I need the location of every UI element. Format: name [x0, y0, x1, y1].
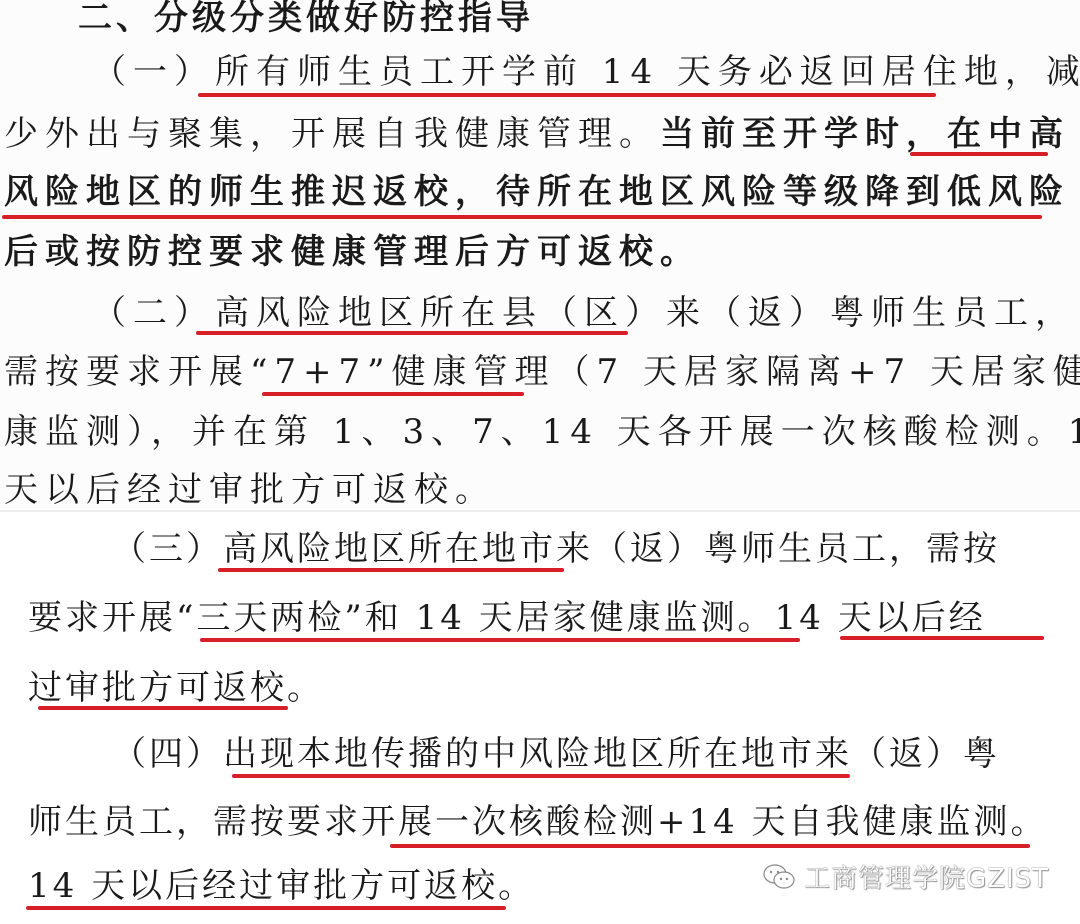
para-2-line-1: （二）高风险地区所在县（区）来（返）粤师生员工，	[92, 293, 1076, 333]
underline	[26, 906, 506, 910]
wechat-icon	[762, 862, 796, 892]
para-3-line-1: （三）高风险地区所在地市来（返）粤师生员工，需按	[112, 529, 1000, 569]
underline	[262, 392, 524, 396]
underline	[196, 331, 628, 335]
para-1-text: 少外出与聚集，开展自我健康管理。	[4, 114, 660, 154]
para-1-line-3: 风险地区的师生推迟返校，待所在地区风险等级降到低风险	[4, 172, 1070, 212]
underline	[218, 568, 564, 572]
para-4-line-2: 师生员工，需按要求开展一次核酸检测+14 天自我健康监测。	[28, 802, 1048, 842]
underline	[232, 774, 850, 778]
para-4-line-3: 14 天以后经过审批方可返校。	[28, 866, 535, 906]
section-heading: 二、分级分类做好防控指导	[78, 0, 534, 38]
underline	[390, 844, 1030, 848]
para-2-line-4: 天以后经过审批方可返校。	[4, 470, 496, 510]
watermark-text: 工商管理学院GZIST	[804, 858, 1049, 895]
para-3-line-2: 要求开展“三天两检”和 14 天居家健康监测。14 天以后经	[28, 598, 986, 638]
para-4-line-1: （四）出现本地传播的中风险地区所在地市来（返）粤	[112, 734, 1000, 774]
para-1-line-4: 后或按防控要求健康管理后方可返校。	[4, 232, 701, 272]
para-1-bold-text: 当前至开学时，在中高	[660, 114, 1070, 154]
para-2-line-3: 康监测），并在第 1、3、7、14 天各开展一次核酸检测。14	[4, 412, 1080, 452]
underline	[2, 215, 1042, 219]
underline	[38, 706, 288, 710]
underline	[840, 636, 1044, 640]
para-2-line-2: 需按要求开展“7+7”健康管理（7 天居家隔离+7 天居家健	[4, 352, 1080, 392]
para-1-line-1: （一）所有师生员工开学前 14 天务必返回居住地，减	[92, 52, 1080, 92]
document-scan-top: 二、分级分类做好防控指导 （一）所有师生员工开学前 14 天务必返回居住地，减 …	[0, 0, 1080, 508]
underline	[200, 638, 800, 642]
para-1-line-2: 少外出与聚集，开展自我健康管理。当前至开学时，在中高	[4, 114, 1070, 154]
para-3-line-3: 过审批方可返校。	[28, 668, 324, 708]
underline	[910, 152, 1048, 156]
underline	[198, 93, 936, 97]
wechat-watermark: 工商管理学院GZIST	[762, 858, 1049, 895]
